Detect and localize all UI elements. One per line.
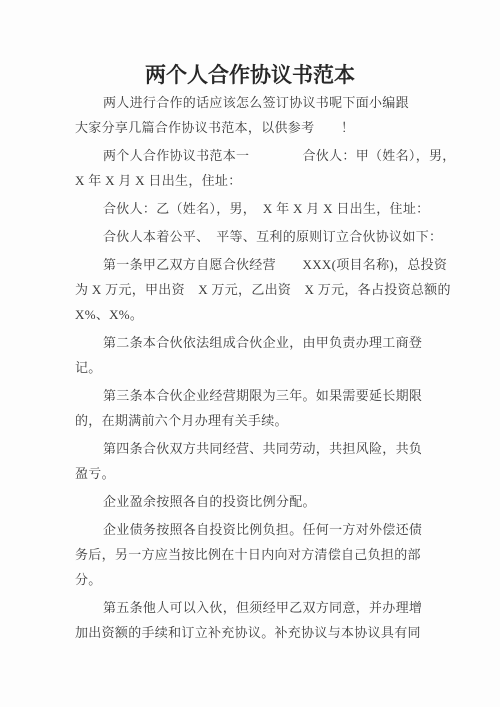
paragraph-debt: 企业债务按照各自投资比例负担。任何一方对外偿还债 务后，另一方应当按比例在十日内…: [75, 517, 440, 592]
paragraph-profit: 企业盈余按照各自的投资比例分配。: [75, 489, 440, 514]
paragraph-article-4: 第四条合伙双方共同经营、共同劳动，共担风险，共负 盈亏。: [75, 436, 440, 486]
paragraph-article-3: 第三条本合伙企业经营期限为三年。如果需要延长期限 的，在期满前六个月办理有关手续…: [75, 383, 440, 433]
paragraph-intro: 两人进行合作的话应该怎么签订协议书呢下面小编跟 大家分享几篇合作协议书范本，以供…: [75, 90, 440, 140]
text-line: 记。: [75, 355, 440, 380]
text-line: 加出资额的手续和订立补充协议。补充协议与本协议具有同: [75, 620, 440, 645]
paragraph-partner-b: 合伙人：乙（姓名），男， X 年 X 月 X 日出生，住址：: [75, 196, 440, 221]
text-line: 分。: [75, 567, 440, 592]
document-title: 两个人合作协议书范本: [75, 62, 425, 88]
text-line: X 年 X 月 X 日出生，住址：: [75, 168, 440, 193]
text-line: 大家分享几篇合作协议书范本，以供参考 ！: [75, 115, 440, 140]
paragraph-article-1: 第一条甲乙双方自愿合伙经营 XXX(项目名称)，总投资 为 X 万元，甲出资 X…: [75, 252, 440, 327]
text-line: 合伙人：乙（姓名），男， X 年 X 月 X 日出生，住址：: [75, 196, 440, 221]
text-line: 盈亏。: [75, 461, 440, 486]
text-line: 第一条甲乙双方自愿合伙经营 XXX(项目名称)，总投资: [75, 252, 440, 277]
paragraph-principles: 合伙人本着公平、 平等、互利的原则订立合伙协议如下：: [75, 224, 440, 249]
paragraph-article-2: 第二条本合伙依法组成合伙企业，由甲负责办理工商登 记。: [75, 330, 440, 380]
paragraph-partner-a: 两个人合作协议书范本一 合伙人：甲（姓名），男， X 年 X 月 X 日出生，住…: [75, 143, 440, 193]
text-line: 第四条合伙双方共同经营、共同劳动，共担风险，共负: [75, 436, 440, 461]
text-line: 第二条本合伙依法组成合伙企业，由甲负责办理工商登: [75, 330, 440, 355]
text-line: 企业盈余按照各自的投资比例分配。: [75, 489, 440, 514]
text-line: 合伙人本着公平、 平等、互利的原则订立合伙协议如下：: [75, 224, 440, 249]
text-line: 两人进行合作的话应该怎么签订协议书呢下面小编跟: [75, 90, 440, 115]
text-line: 的，在期满前六个月办理有关手续。: [75, 408, 440, 433]
document: 两个人合作协议书范本 两人进行合作的话应该怎么签订协议书呢下面小编跟 大家分享几…: [0, 0, 500, 645]
paragraph-article-5: 第五条他人可以入伙，但须经甲乙双方同意，并办理增 加出资额的手续和订立补充协议。…: [75, 595, 440, 645]
text-line: 两个人合作协议书范本一 合伙人：甲（姓名），男，: [75, 143, 440, 168]
page: 两个人合作协议书范本 两人进行合作的话应该怎么签订协议书呢下面小编跟 大家分享几…: [0, 0, 500, 707]
text-line: 务后，另一方应当按比例在十日内向对方清偿自己负担的部: [75, 542, 440, 567]
text-line: 企业债务按照各自投资比例负担。任何一方对外偿还债: [75, 517, 440, 542]
text-line: 第三条本合伙企业经营期限为三年。如果需要延长期限: [75, 383, 440, 408]
text-line: 为 X 万元，甲出资 X 万元，乙出资 X 万元，各占投资总额的: [75, 277, 440, 302]
text-line: 第五条他人可以入伙，但须经甲乙双方同意，并办理增: [75, 595, 440, 620]
text-line: X%、X%。: [75, 302, 440, 327]
